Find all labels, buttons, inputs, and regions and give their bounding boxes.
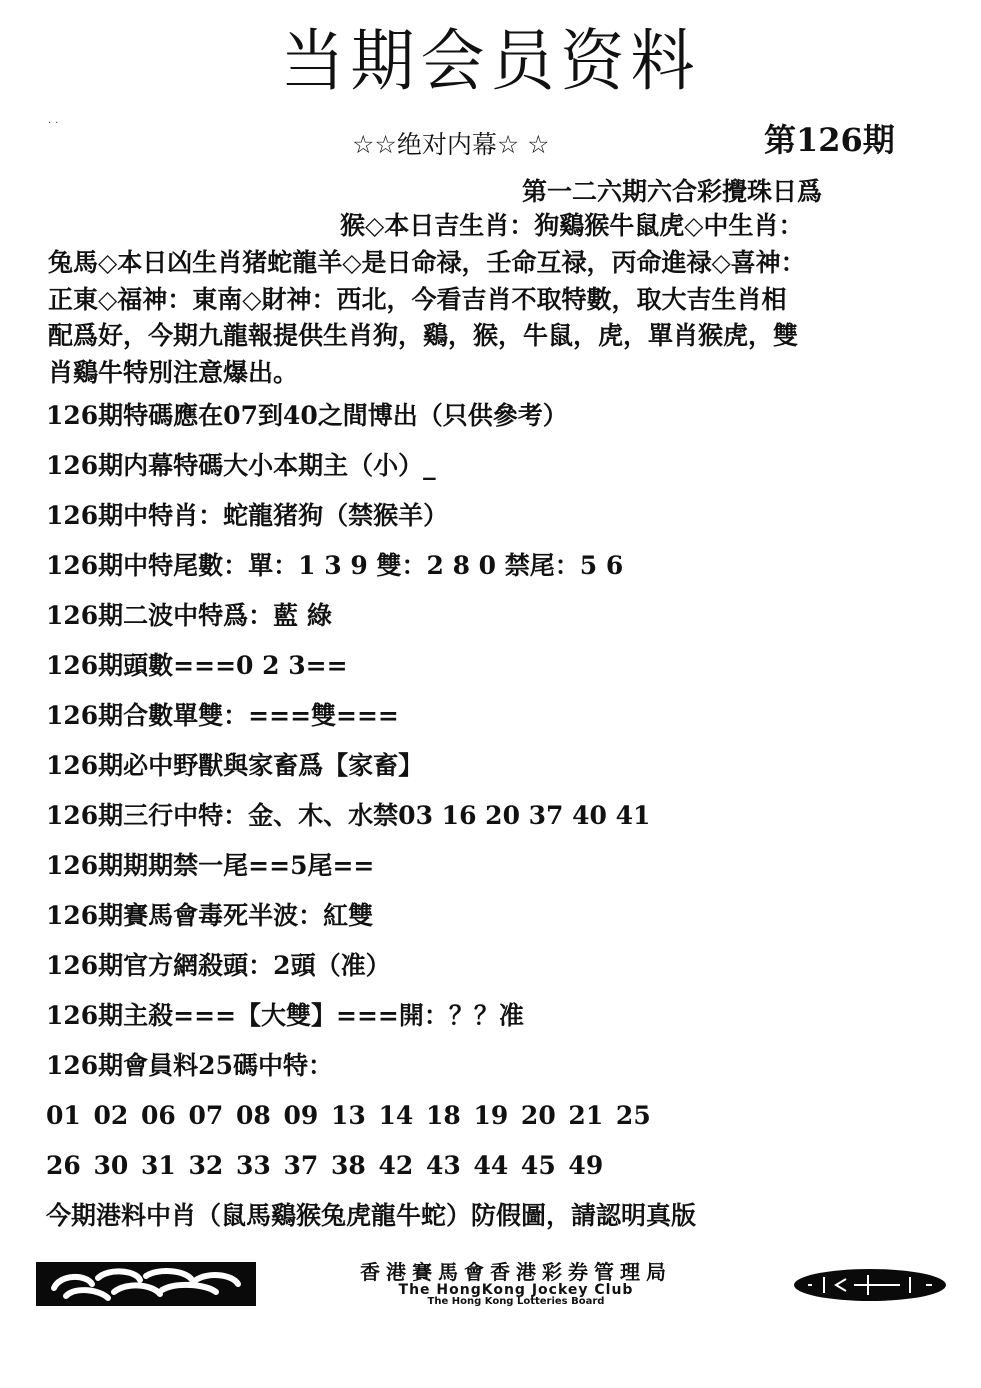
prediction-wave-color: 126期二波中特爲：藍 綠	[46, 598, 332, 634]
oval-emblem-icon	[792, 1267, 948, 1303]
issue-number: 第126期	[764, 118, 895, 162]
prediction-banned-tail: 126期期期禁一尾==5尾==	[46, 848, 374, 884]
prediction-zodiac: 126期中特肖：蛇龍猪狗（禁猴羊）	[46, 498, 448, 534]
prediction-25-numbers-heading: 126期會員料25碼中特：	[46, 1048, 333, 1084]
footer-note: 今期港料中肖（鼠馬鷄猴兔虎龍牛蛇）防假圖，請認明真版	[46, 1198, 696, 1234]
prediction-animal-type: 126期必中野獸與家畜爲【家畜】	[46, 748, 423, 784]
page-title: 当期会员资料	[0, 20, 981, 104]
prediction-tail-digits: 126期中特尾數：單：1 3 9 雙：2 8 0 禁尾：5 6	[46, 548, 623, 584]
prediction-elements: 126期三行中特：金、木、水禁03 16 20 37 40 41	[46, 798, 650, 834]
cloud-emblem-icon	[36, 1262, 256, 1306]
footer-logos: 香港賽馬會香港彩券管理局 The HongKong Jockey Club Th…	[0, 1255, 981, 1315]
prediction-size: 126期内幕特碼大小本期主（小）_	[46, 448, 436, 484]
lotteries-board-oval-logo	[792, 1267, 948, 1303]
intro-line: 猴◇本日吉生肖：狗鷄猴牛鼠虎◇中生肖：	[340, 208, 803, 244]
prediction-main-kill: 126期主殺===【大雙】===開：？？准	[46, 998, 524, 1034]
intro-line: 兔馬◇本日凶生肖猪蛇龍羊◇是日命禄，壬命互禄，丙命進禄◇喜神：	[48, 245, 806, 281]
intro-line: 肖鷄牛特別注意爆出。	[48, 355, 298, 391]
intro-line: 配爲好，今期九龍報提供生肖狗，鷄，猴，牛鼠，虎，單肖猴虎，雙	[48, 318, 798, 354]
intro-line: 第一二六期六合彩攪珠日爲	[522, 174, 822, 210]
prediction-sum-parity: 126期合數單雙：===雙===	[46, 698, 399, 734]
prediction-head-digits: 126期頭數===0 2 3==	[46, 648, 348, 684]
jockey-club-name-en: The HongKong Jockey Club	[296, 1283, 736, 1297]
intro-line: 正東◇福神：東南◇財神：西北，今看吉肖不取特數，取大吉生肖相	[48, 282, 786, 318]
prediction-half-wave: 126期賽馬會毒死半波：紅雙	[46, 898, 373, 934]
hkjc-emblem-logo	[36, 1262, 256, 1306]
subtitle: ☆☆绝对内幕☆ ☆	[352, 128, 550, 162]
prediction-kill-head: 126期官方網殺頭：2頭（准）	[46, 948, 391, 984]
prediction-range: 126期特碼應在07到40之間博出（只供參考）	[46, 398, 568, 434]
jockey-club-name-cn: 香港賽馬會香港彩券管理局	[296, 1261, 736, 1283]
jockey-club-wordmark: 香港賽馬會香港彩券管理局 The HongKong Jockey Club Th…	[296, 1261, 736, 1307]
numbers-row-1: 01 02 06 07 08 09 13 14 18 19 20 21 25	[46, 1098, 651, 1134]
corner-marks: ··	[48, 118, 62, 129]
lotteries-board-name: The Hong Kong Lotteries Board	[296, 1297, 736, 1307]
numbers-row-2: 26 30 31 32 33 37 38 42 43 44 45 49	[46, 1148, 603, 1184]
